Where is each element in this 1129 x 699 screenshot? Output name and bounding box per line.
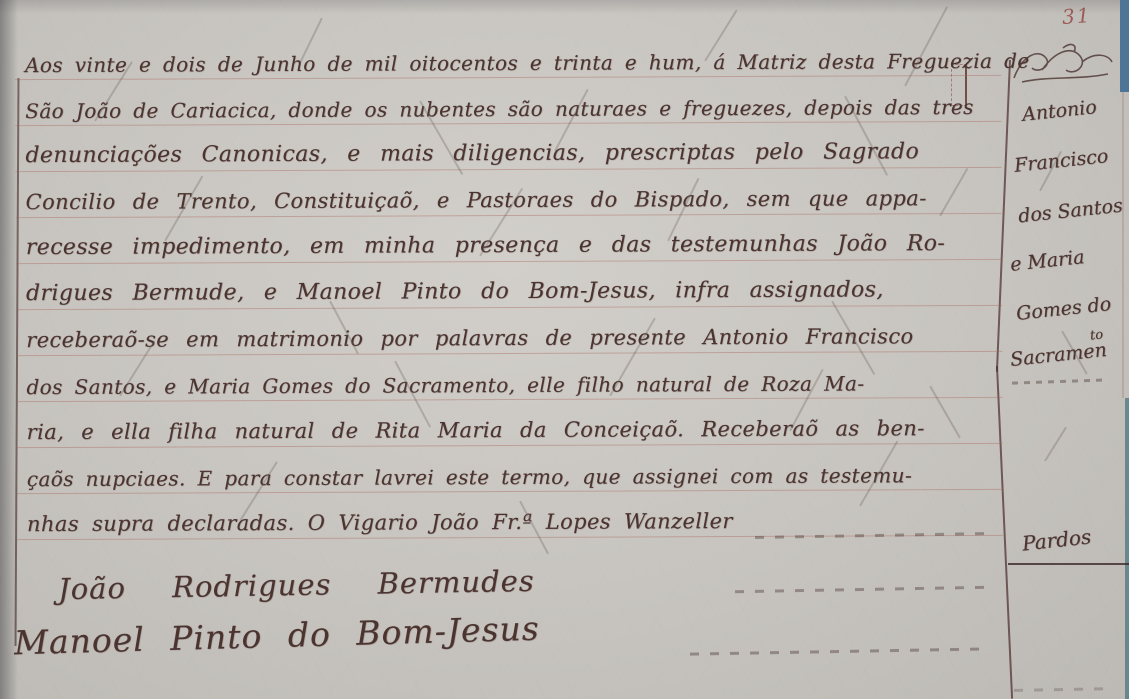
- record-line: Concilio de Trento, Constituiçaõ, e Past…: [26, 170, 1004, 220]
- record-line-text: recesse impedimento, em minha presença e…: [26, 233, 946, 266]
- record-line-text: çaõs nupciaes. E para constar lavrei est…: [27, 465, 912, 496]
- record-line-text: receberaõ-se em matrimonio por palavras …: [26, 326, 913, 358]
- record-line: denunciações Canonicas, e mais diligenci…: [25, 124, 1003, 174]
- margin-name: Antonio: [1021, 96, 1098, 126]
- record-line-text: denunciações Canonicas, e mais diligenci…: [25, 141, 919, 174]
- margin-name: e Maria: [1009, 246, 1085, 276]
- record-line-text: drigues Bermude, e Manoel Pinto do Bom-J…: [26, 279, 884, 312]
- signature-joao-rodrigues-bermudes: João Rodrigues Bermudes: [58, 564, 535, 606]
- margin-category-pardos: Pardos: [1021, 524, 1092, 555]
- ditto-marks: [690, 647, 990, 655]
- record-line: çaõs nupciaes. E para constar lavrei est…: [27, 446, 1005, 496]
- margin-column: Antonio Francisco dos Santos e Maria Gom…: [1010, 0, 1129, 699]
- record-line-text: ria, e ella filha natural de Rita Maria …: [27, 418, 925, 450]
- margin-horizontal-rule: [1008, 563, 1129, 565]
- record-line-text: Concilio de Trento, Constituiçaõ, e Past…: [26, 188, 927, 220]
- ditto-marks: [1014, 687, 1114, 692]
- ditto-marks: [735, 586, 990, 593]
- record-line-text: nhas supra declaradas. O Vigario João Fr…: [27, 511, 733, 542]
- record-line: Aos vinte e dois de Junho de mil oitocen…: [25, 32, 1003, 82]
- margin-name: Sacramen: [1009, 339, 1108, 371]
- page-top-shadow: [0, 0, 1129, 14]
- margin-name: dos Santos: [1017, 195, 1124, 228]
- record-line: recesse impedimento, em minha presença e…: [26, 216, 1004, 266]
- record-text-block: Aos vinte e dois de Junho de mil oitocen…: [25, 32, 1005, 542]
- signature-manoel-pinto-bom-jesus: Manoel Pinto do Bom-Jesus: [14, 609, 541, 663]
- record-line-text: São João de Cariacica, donde os nubentes…: [25, 97, 974, 128]
- record-line: ria, e ella filha natural de Rita Maria …: [27, 400, 1005, 450]
- record-line: receberaõ-se em matrimonio por palavras …: [26, 308, 1004, 358]
- record-line-text: dos Santos, e Maria Gomes do Sacramento,…: [26, 373, 864, 404]
- record-line: drigues Bermude, e Manoel Pinto do Bom-J…: [26, 262, 1004, 312]
- margin-wavy-underline: [1012, 378, 1108, 384]
- record-line: dos Santos, e Maria Gomes do Sacramento,…: [26, 354, 1004, 404]
- margin-name: Francisco: [1013, 145, 1109, 177]
- scanned-marriage-record: 31 Aos vinte e dois de Junho de mil oito…: [0, 0, 1129, 699]
- margin-name: Gomes do: [1015, 293, 1112, 325]
